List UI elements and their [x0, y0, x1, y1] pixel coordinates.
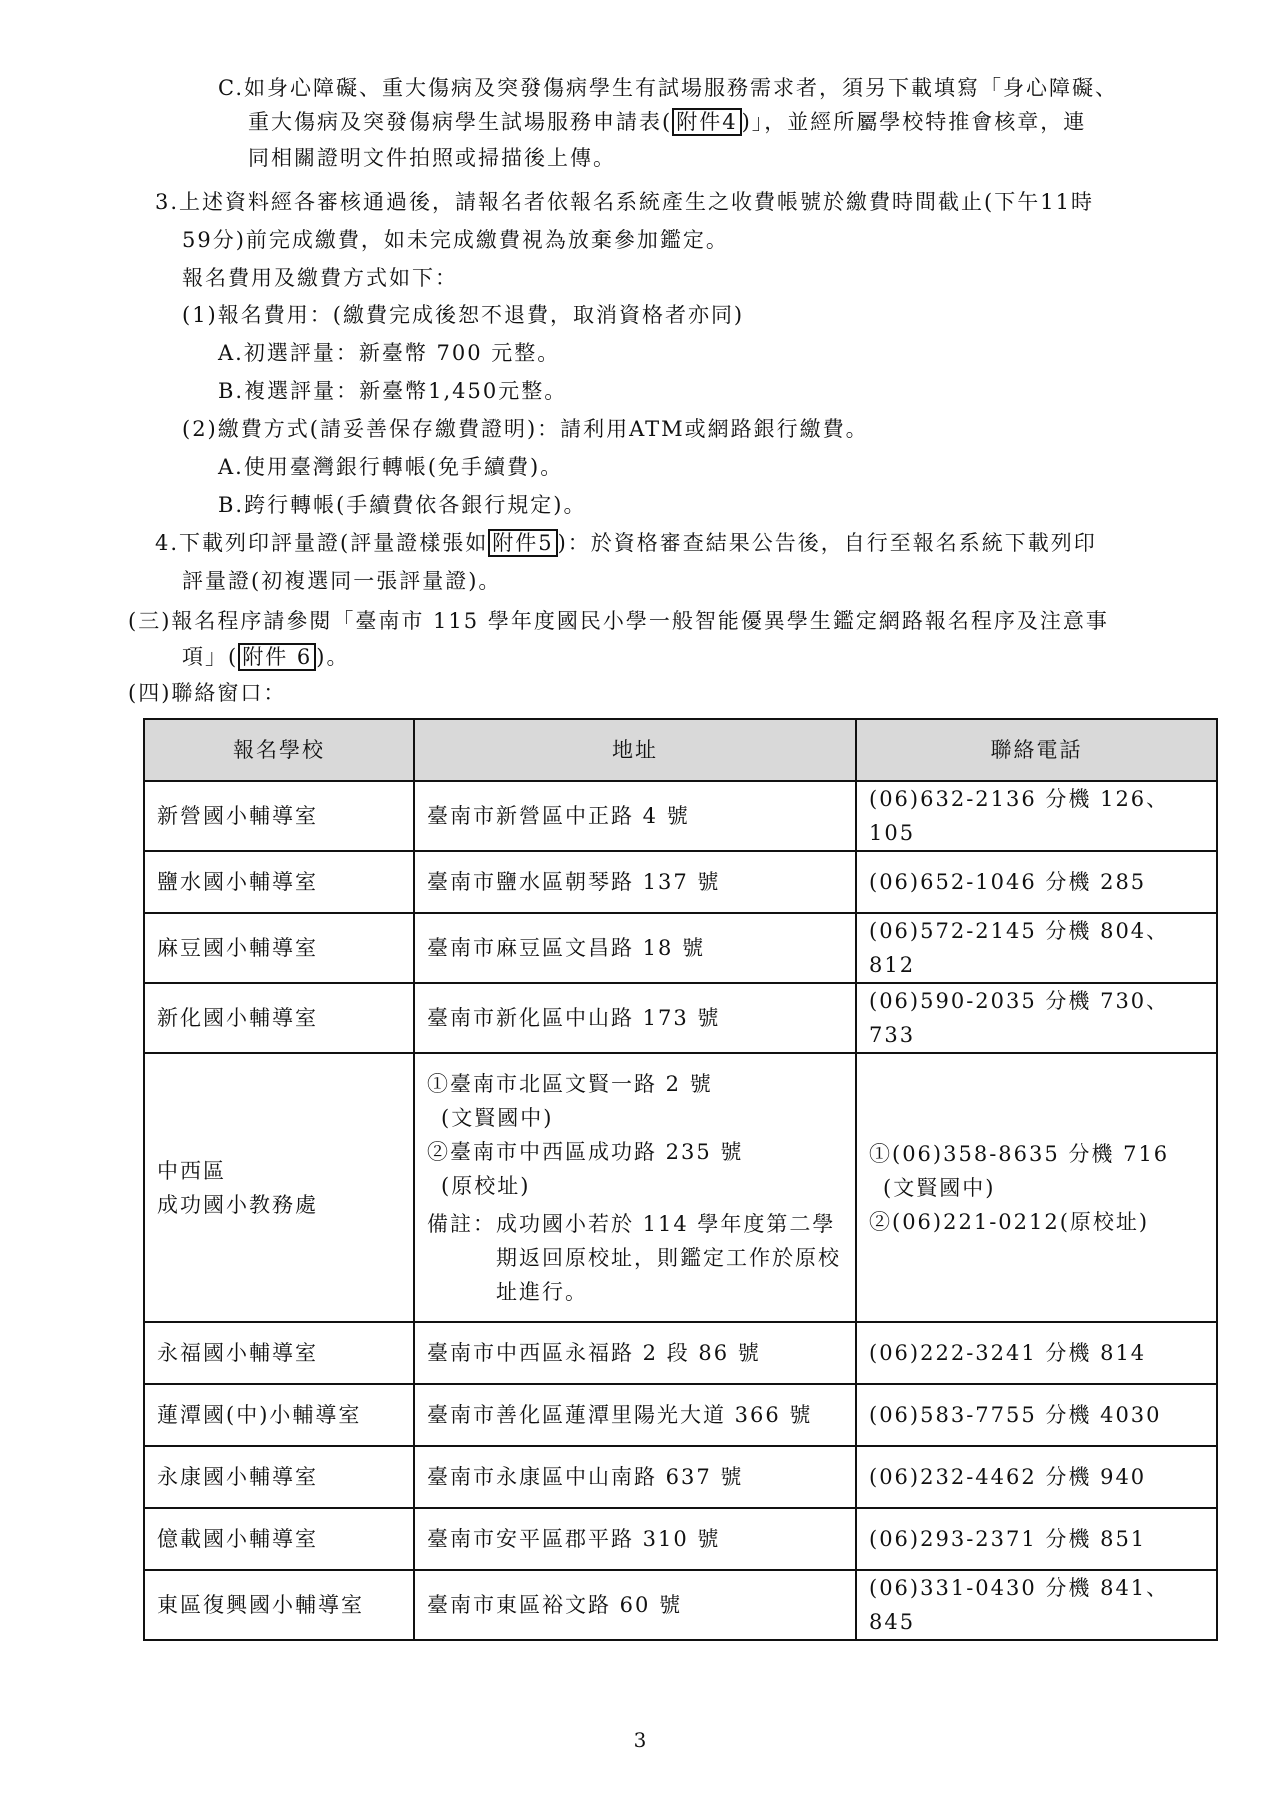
fee-heading: (1)報名費用：(繳費完成後恕不退費，取消資格者亦同) — [182, 301, 744, 329]
phone-cell: (06)590-2035 分機 730、733 — [856, 983, 1217, 1053]
address-cell: 臺南市中西區永福路 2 段 86 號 — [414, 1322, 856, 1384]
school-cell: 永福國小輔導室 — [144, 1322, 414, 1384]
phone-cell: ①(06)358-8635 分機 716 (文賢國中) ②(06)221-021… — [856, 1053, 1217, 1322]
phone-cell: (06)232-4462 分機 940 — [856, 1446, 1217, 1508]
school-cell: 鹽水國小輔導室 — [144, 851, 414, 913]
address-cell: 臺南市善化區蓮潭里陽光大道 366 號 — [414, 1384, 856, 1446]
fee-intro: 報名費用及繳費方式如下： — [182, 264, 458, 292]
address-cell: 臺南市新營區中正路 4 號 — [414, 781, 856, 851]
phone-2: ②(06)221-0212(原校址) — [869, 1205, 1204, 1239]
address-cell: 臺南市鹽水區朝琴路 137 號 — [414, 851, 856, 913]
table-row: 億載國小輔導室 臺南市安平區郡平路 310 號 (06)293-2371 分機 … — [144, 1508, 1217, 1570]
item-4-tail: )：於資格審查結果公告後，自行至報名系統下載列印 — [558, 531, 1097, 555]
school-cell: 新營國小輔導室 — [144, 781, 414, 851]
section-3-tail: )。 — [316, 645, 349, 669]
item-4-text: 4.下載列印評量證(評量證樣張如 — [155, 531, 488, 555]
address-cell: ①臺南市北區文賢一路 2 號 (文賢國中) ②臺南市中西區成功路 235 號 (… — [414, 1053, 856, 1322]
school-cell: 東區復興國小輔導室 — [144, 1570, 414, 1640]
contact-heading: (四)聯絡窗口： — [128, 679, 286, 707]
school-cell: 麻豆國小輔導室 — [144, 913, 414, 983]
table-row: 蓮潭國(中)小輔導室 臺南市善化區蓮潭里陽光大道 366 號 (06)583-7… — [144, 1384, 1217, 1446]
note-text: 成功國小若於 114 學年度第二學期返回原校址，則鑑定工作於原校址進行。 — [496, 1207, 843, 1309]
address-2-sub: (原校址) — [427, 1169, 843, 1203]
address-1: ①臺南市北區文賢一路 2 號 — [427, 1067, 843, 1101]
school-cell: 永康國小輔導室 — [144, 1446, 414, 1508]
table-row: 永福國小輔導室 臺南市中西區永福路 2 段 86 號 (06)222-3241 … — [144, 1322, 1217, 1384]
school-cell: 新化國小輔導室 — [144, 983, 414, 1053]
payment-heading: (2)繳費方式(請妥善保存繳費證明)：請利用ATM或網路銀行繳費。 — [182, 415, 869, 443]
item-c-line-2-tail: )」，並經所屬學校特推會核章，連 — [742, 110, 1087, 134]
phone-cell: (06)293-2371 分機 851 — [856, 1508, 1217, 1570]
phone-cell: (06)632-2136 分機 126、105 — [856, 781, 1217, 851]
item-4-line-1: 4.下載列印評量證(評量證樣張如附件5)：於資格審查結果公告後，自行至報名系統下… — [155, 529, 1097, 557]
attachment-4-ref: 附件4 — [672, 108, 741, 136]
address-cell: 臺南市永康區中山南路 637 號 — [414, 1446, 856, 1508]
phone-cell: (06)572-2145 分機 804、812 — [856, 913, 1217, 983]
table-row: 新化國小輔導室 臺南市新化區中山路 173 號 (06)590-2035 分機 … — [144, 983, 1217, 1053]
phone-1: ①(06)358-8635 分機 716 — [869, 1137, 1204, 1171]
item-c-line-2: 重大傷病及突發傷病學生試場服務申請表(附件4)」，並經所屬學校特推會核章，連 — [248, 108, 1086, 136]
table-row: 東區復興國小輔導室 臺南市東區裕文路 60 號 (06)331-0430 分機 … — [144, 1570, 1217, 1640]
item-c-line-3: 同相關證明文件拍照或掃描後上傳。 — [248, 144, 616, 172]
phone-cell: (06)652-1046 分機 285 — [856, 851, 1217, 913]
school-district: 中西區 — [157, 1154, 401, 1188]
address-cell: 臺南市新化區中山路 173 號 — [414, 983, 856, 1053]
school-cell: 中西區 成功國小教務處 — [144, 1053, 414, 1322]
address-cell: 臺南市東區裕文路 60 號 — [414, 1570, 856, 1640]
fee-primary: A.初選評量：新臺幣 700 元整。 — [218, 339, 560, 367]
address-cell: 臺南市麻豆區文昌路 18 號 — [414, 913, 856, 983]
address-1-sub: (文賢國中) — [427, 1101, 843, 1135]
table-header-row: 報名學校 地址 聯絡電話 — [144, 719, 1217, 781]
section-3-text: 項」( — [182, 645, 238, 669]
attachment-6-ref: 附件 6 — [238, 643, 316, 671]
item-c-line-1: C.如身心障礙、重大傷病及突發傷病學生有試場服務需求者，須另下載填寫「身心障礙、 — [218, 74, 1118, 102]
payment-option-a: A.使用臺灣銀行轉帳(免手續費)。 — [218, 453, 563, 481]
table-row: 麻豆國小輔導室 臺南市麻豆區文昌路 18 號 (06)572-2145 分機 8… — [144, 913, 1217, 983]
table-row: 鹽水國小輔導室 臺南市鹽水區朝琴路 137 號 (06)652-1046 分機 … — [144, 851, 1217, 913]
item-3-line-1: 3.上述資料經各審核通過後，請報名者依報名系統產生之收費帳號於繳費時間截止(下午… — [155, 188, 1094, 216]
fee-secondary: B.複選評量：新臺幣1,450元整。 — [218, 377, 567, 405]
phone-cell: (06)331-0430 分機 841、845 — [856, 1570, 1217, 1640]
school-name: 成功國小教務處 — [157, 1188, 401, 1222]
item-3-line-2: 59分)前完成繳費，如未完成繳費視為放棄參加鑑定。 — [182, 226, 729, 254]
item-4-line-2: 評量證(初複選同一張評量證)。 — [182, 567, 501, 595]
address-cell: 臺南市安平區郡平路 310 號 — [414, 1508, 856, 1570]
header-phone: 聯絡電話 — [856, 719, 1217, 781]
note-label: 備註： — [427, 1207, 496, 1309]
header-address: 地址 — [414, 719, 856, 781]
phone-cell: (06)583-7755 分機 4030 — [856, 1384, 1217, 1446]
school-cell: 億載國小輔導室 — [144, 1508, 414, 1570]
address-2: ②臺南市中西區成功路 235 號 — [427, 1135, 843, 1169]
contact-table: 報名學校 地址 聯絡電話 新營國小輔導室 臺南市新營區中正路 4 號 (06)6… — [143, 718, 1218, 1641]
phone-1-sub: (文賢國中) — [869, 1171, 1204, 1205]
school-cell: 蓮潭國(中)小輔導室 — [144, 1384, 414, 1446]
item-c-line-2-text: 重大傷病及突發傷病學生試場服務申請表( — [248, 110, 672, 134]
address-note: 備註： 成功國小若於 114 學年度第二學期返回原校址，則鑑定工作於原校址進行。 — [427, 1207, 843, 1309]
payment-option-b: B.跨行轉帳(手續費依各銀行規定)。 — [218, 491, 587, 519]
section-3-line-2: 項」(附件 6)。 — [182, 643, 349, 671]
table-row: 永康國小輔導室 臺南市永康區中山南路 637 號 (06)232-4462 分機… — [144, 1446, 1217, 1508]
attachment-5-ref: 附件5 — [488, 529, 557, 557]
section-3-line-1: (三)報名程序請參閱「臺南市 115 學年度國民小學一般智能優異學生鑑定網路報名… — [128, 607, 1109, 635]
phone-cell: (06)222-3241 分機 814 — [856, 1322, 1217, 1384]
table-row-special: 中西區 成功國小教務處 ①臺南市北區文賢一路 2 號 (文賢國中) ②臺南市中西… — [144, 1053, 1217, 1322]
table-row: 新營國小輔導室 臺南市新營區中正路 4 號 (06)632-2136 分機 12… — [144, 781, 1217, 851]
header-school: 報名學校 — [144, 719, 414, 781]
page-number: 3 — [0, 1728, 1280, 1752]
